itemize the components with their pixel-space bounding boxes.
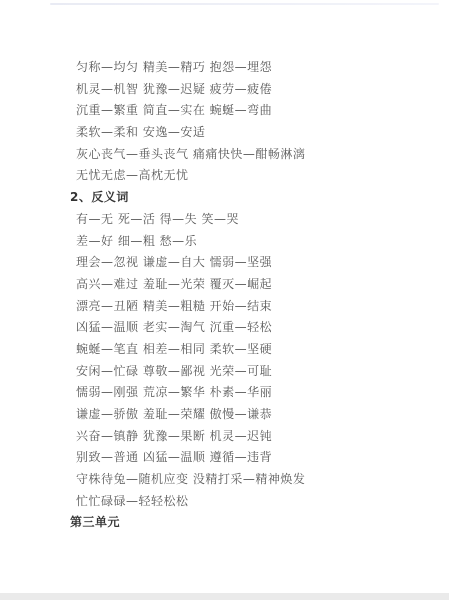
antonym-line: 兴奋—镇静 犹豫—果断 机灵—迟钝 xyxy=(76,426,429,448)
antonym-line: 谦虚—骄傲 羞耻—荣耀 傲慢—谦恭 xyxy=(76,404,429,426)
antonym-line: 凶猛—温顺 老实—淘气 沉重—轻松 xyxy=(76,317,429,339)
synonym-line: 匀称—均匀 精美—精巧 抱怨—埋怨 xyxy=(76,57,429,79)
antonym-line: 有—无 死—活 得—失 笑—哭 xyxy=(76,209,429,231)
antonym-line: 漂亮—丑陋 精美—粗糙 开始—结束 xyxy=(76,296,429,318)
antonym-line: 理会—忽视 谦虚—自大 懦弱—坚强 xyxy=(76,252,429,274)
antonym-line: 蜿蜒—笔直 相差—相同 柔软—坚硬 xyxy=(76,339,429,361)
document-body: 匀称—均匀 精美—精巧 抱怨—埋怨 机灵—机智 犹豫—迟疑 疲劳—疲倦 沉重—繁… xyxy=(76,57,429,534)
synonym-line: 沉重—繁重 简直—实在 蜿蜒—弯曲 xyxy=(76,100,429,122)
bottom-gray-strip xyxy=(0,593,449,600)
antonym-line: 高兴—难过 羞耻—光荣 覆灭—崛起 xyxy=(76,274,429,296)
section-heading-antonyms: 2、反义词 xyxy=(70,187,429,209)
antonym-line: 守株待兔—随机应变 没精打采—精神焕发 xyxy=(76,469,429,491)
synonym-line: 灰心丧气—垂头丧气 痛痛快快—酣畅淋漓 xyxy=(76,144,429,166)
top-divider-line xyxy=(50,3,439,5)
antonym-line: 懦弱—刚强 荒凉—繁华 朴素—华丽 xyxy=(76,382,429,404)
antonym-line: 忙忙碌碌—轻轻松松 xyxy=(76,491,429,513)
antonym-line: 别致—普通 凶猛—温顺 遵循—违背 xyxy=(76,447,429,469)
document-page: 匀称—均匀 精美—精巧 抱怨—埋怨 机灵—机智 犹豫—迟疑 疲劳—疲倦 沉重—繁… xyxy=(0,0,449,600)
antonym-line: 差—好 细—粗 愁—乐 xyxy=(76,231,429,253)
synonym-line: 无忧无虑—高枕无忧 xyxy=(76,165,429,187)
synonym-line: 柔软—柔和 安逸—安适 xyxy=(76,122,429,144)
section-heading-unit3: 第三单元 xyxy=(70,512,429,534)
antonym-line: 安闲—忙碌 尊敬—鄙视 光荣—可耻 xyxy=(76,361,429,383)
synonym-line: 机灵—机智 犹豫—迟疑 疲劳—疲倦 xyxy=(76,79,429,101)
